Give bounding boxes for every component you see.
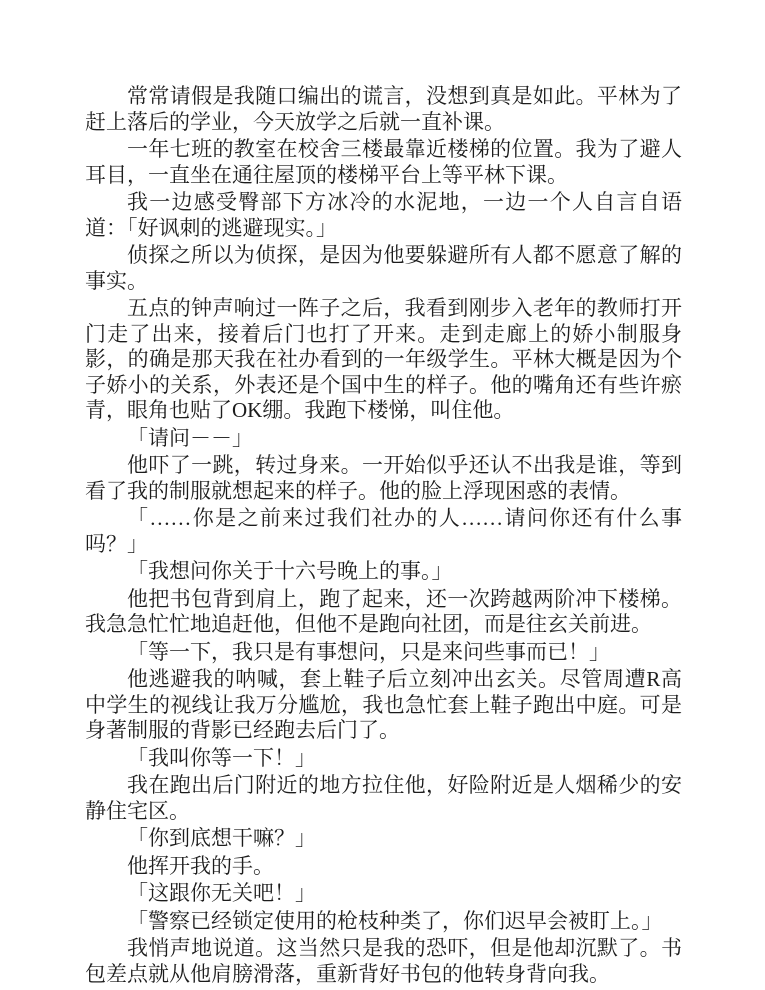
paragraph: 我一边感受臀部下方冰冷的水泥地，一边一个人自言自语道：「好讽刺的逃避现实。」 [85, 190, 682, 241]
paragraph: 「请问－－」 [85, 426, 682, 452]
paragraph: 五点的钟声响过一阵子之后，我看到刚步入老年的教师打开门走了出来，接着后门也打了开… [85, 296, 682, 424]
paragraph: 「我想问你关于十六号晚上的事。」 [85, 559, 682, 585]
paragraph: 他吓了一跳，转过身来。一开始似乎还认不出我是谁，等到看了我的制服就想起来的样子。… [85, 453, 682, 504]
paragraph: 常常请假是我随口编出的谎言，没想到真是如此。平林为了赶上落后的学业，今天放学之后… [85, 84, 682, 135]
paragraph: 「警察已经锁定使用的枪枝种类了，你们迟早会被盯上。」 [85, 909, 682, 935]
paragraph: 「这跟你无关吧！」 [85, 881, 682, 907]
paragraph: 「我叫你等一下！」 [85, 746, 682, 772]
book-page: 常常请假是我随口编出的谎言，没想到真是如此。平林为了赶上落后的学业，今天放学之后… [0, 0, 765, 990]
text-block: 常常请假是我随口编出的谎言，没想到真是如此。平林为了赶上落后的学业，今天放学之后… [85, 84, 682, 989]
paragraph: 我在跑出后门附近的地方拉住他，好险附近是人烟稀少的安静住宅区。 [85, 773, 682, 824]
paragraph: 他挥开我的手。 [85, 854, 682, 880]
paragraph: 「……你是之前来过我们社办的人……请问你还有什么事吗？」 [85, 506, 682, 557]
paragraph: 他把书包背到肩上，跑了起来，还一次跨越两阶冲下楼梯。我急急忙忙地追赶他，但他不是… [85, 587, 682, 638]
paragraph: 我悄声地说道。这当然只是我的恐吓，但是他却沉默了。书包差点就从他肩膀滑落，重新背… [85, 936, 682, 987]
paragraph: 侦探之所以为侦探，是因为他要躲避所有人都不愿意了解的事实。 [85, 243, 682, 294]
paragraph: 一年七班的教室在校舍三楼最靠近楼梯的位置。我为了避人耳目，一直坐在通往屋顶的楼梯… [85, 137, 682, 188]
paragraph: 「你到底想干嘛？」 [85, 826, 682, 852]
paragraph: 他逃避我的呐喊，套上鞋子后立刻冲出玄关。尽管周遭R高中学生的视线让我万分尴尬，我… [85, 667, 682, 744]
paragraph: 「等一下，我只是有事想问，只是来问些事而已！」 [85, 640, 682, 666]
